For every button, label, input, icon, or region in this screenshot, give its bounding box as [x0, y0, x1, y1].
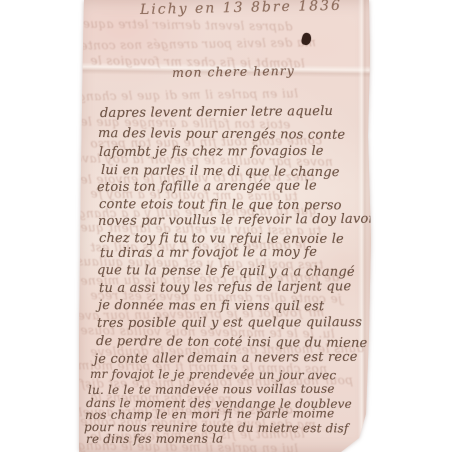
body-line: dapres levent dernier letre aquelu: [100, 104, 333, 121]
body-line: conte etois tout fin le que ton perso: [99, 197, 342, 213]
body-line: ma des levis pour arengés nos conte: [98, 126, 345, 143]
body-line: mr fovajot le je prendevée un jour avec: [90, 367, 336, 382]
date-line: Lichy en 13 8bre 1836: [140, 0, 342, 18]
body-line: tu a assi touy les refus de larjent que: [99, 279, 351, 296]
scanned-letter-photo: dapres levent dernier letre aqueluma des…: [0, 0, 452, 452]
body-line: re dins fes momens la: [86, 432, 223, 446]
body-line: noves par voullus le refevoir la doy lav…: [98, 212, 372, 229]
body-line: etois ton fafille a arengée que le: [97, 178, 317, 195]
body-line: de perdre de ton coté insi que du miene: [96, 334, 368, 351]
paper-shadow-wrap: dapres levent dernier letre aqueluma des…: [0, 0, 452, 452]
body-line: lui en parles il me di que le change: [101, 163, 340, 180]
handwriting-layer: Lichy en 13 8bre 1836 mon chere henry da…: [78, 0, 372, 452]
greeting-line: mon chere henry: [172, 63, 295, 80]
body-line: que tu la pense le fe quil y a a changé: [97, 263, 355, 280]
body-line: tres posible quil y est quelque quilauss: [97, 315, 362, 331]
body-line: je donnée mas en fi viens quil est: [98, 298, 324, 314]
body-line: lu. le le te mandevée nous voillas touse: [88, 382, 335, 397]
body-line: tu diras a mr fovajot le a moy fe: [100, 245, 317, 261]
body-line: lafombt je fis chez mr fovagios le: [99, 144, 324, 160]
body-line: je conte aller demain a nevers est rece: [94, 350, 358, 367]
letter-paper: dapres levent dernier letre aqueluma des…: [78, 0, 372, 452]
